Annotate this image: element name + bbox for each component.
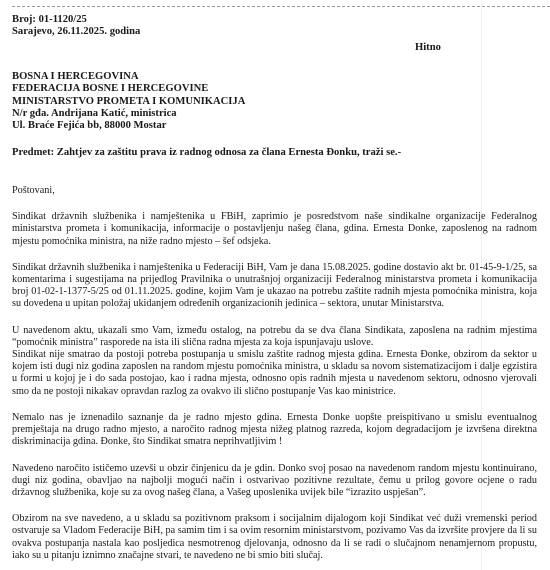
recipient-line: Ul. Braće Fejića bb, 88000 Mostar: [12, 120, 537, 132]
body-paragraph: Navedeno naročito ističemo uzevši u obzi…: [12, 463, 537, 500]
recipient-line: FEDERACIJA BOSNE I HERCEGOVINE: [12, 83, 537, 95]
greeting: Poštovani,: [12, 185, 537, 197]
recipient-block: BOSNA I HERCEGOVINA FEDERACIJA BOSNE I H…: [12, 71, 537, 133]
top-dashed-rule: [12, 6, 550, 7]
recipient-line: MINISTARSTVO PROMETA I KOMUNIKACIJA: [12, 96, 537, 108]
subject-line: Predmet: Zahtjev za zaštitu prava iz rad…: [12, 147, 537, 159]
body-paragraph: Sindikat državnih službenika i namješten…: [12, 262, 537, 311]
recipient-line: BOSNA I HERCEGOVINA: [12, 71, 537, 83]
place-date: Sarajevo, 26.11.2025. godina: [12, 26, 537, 38]
recipient-line: N/r gđa. Andrijana Katić, ministrica: [12, 108, 537, 120]
letter-document: Broj: 01-1120/25 Sarajevo, 26.11.2025. g…: [12, 14, 537, 562]
body-paragraph: Sindikat nije smatrao da postoji potreba…: [12, 349, 537, 398]
body-paragraph: Sindikat državnih službenika i namješten…: [12, 211, 537, 248]
body-paragraph: Obzirom na sve navedeno, a u skladu sa p…: [12, 513, 537, 562]
document-number: Broj: 01-1120/25: [12, 14, 537, 26]
body-paragraph: Nemalo nas je iznenadilo saznanje da je …: [12, 412, 537, 449]
body-paragraph: U navedenom aktu, ukazali smo Vam, izmeđ…: [12, 325, 537, 349]
